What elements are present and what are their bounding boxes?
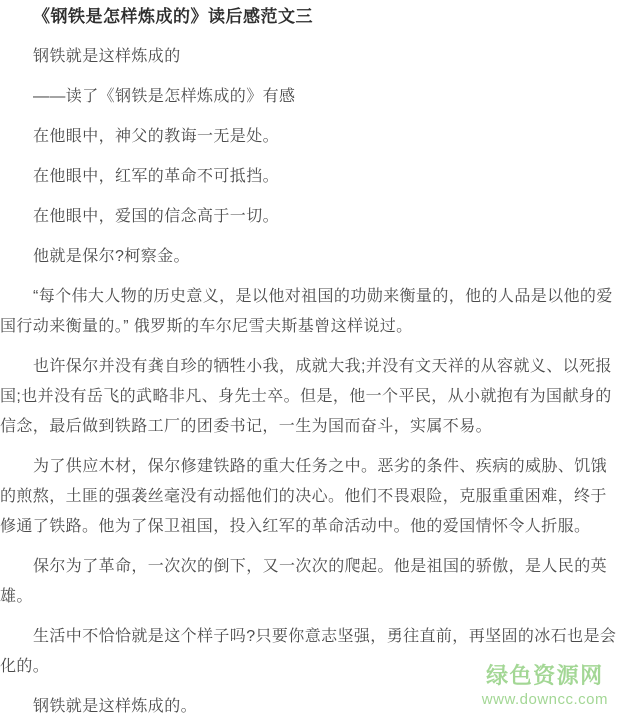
- paragraph: 钢铁就是这样炼成的: [0, 42, 622, 72]
- essay-article: 《钢铁是怎样炼成的》读后感范文三 钢铁就是这样炼成的 ——读了《钢铁是怎样炼成的…: [0, 0, 622, 719]
- paragraph: ——读了《钢铁是怎样炼成的》有感: [0, 82, 622, 112]
- watermark: 绿色资源网 www.downcc.com: [482, 665, 608, 707]
- paragraph: 在他眼中，爱国的信念高于一切。: [0, 202, 622, 232]
- paragraph: 为了供应木材，保尔修建铁路的重大任务之中。恶劣的条件、疾病的威胁、饥饿的煎熬，土…: [0, 452, 622, 542]
- page-title: 《钢铁是怎样炼成的》读后感范文三: [0, 2, 622, 32]
- paragraph: 在他眼中，红军的革命不可抵挡。: [0, 162, 622, 192]
- paragraph: 保尔为了革命，一次次的倒下，又一次次的爬起。他是祖国的骄傲，是人民的英雄。: [0, 552, 622, 612]
- watermark-site-name: 绿色资源网: [482, 665, 608, 687]
- paragraph: 也许保尔并没有龚自珍的牺牲小我，成就大我;并没有文天祥的从容就义、以死报国;也并…: [0, 352, 622, 442]
- watermark-site-url: www.downcc.com: [482, 692, 608, 707]
- paragraph: 在他眼中，神父的教诲一无是处。: [0, 122, 622, 152]
- paragraph: “每个伟大人物的历史意义，是以他对祖国的功勋来衡量的，他的人品是以他的爱国行动来…: [0, 282, 622, 342]
- paragraph: 他就是保尔?柯察金。: [0, 242, 622, 272]
